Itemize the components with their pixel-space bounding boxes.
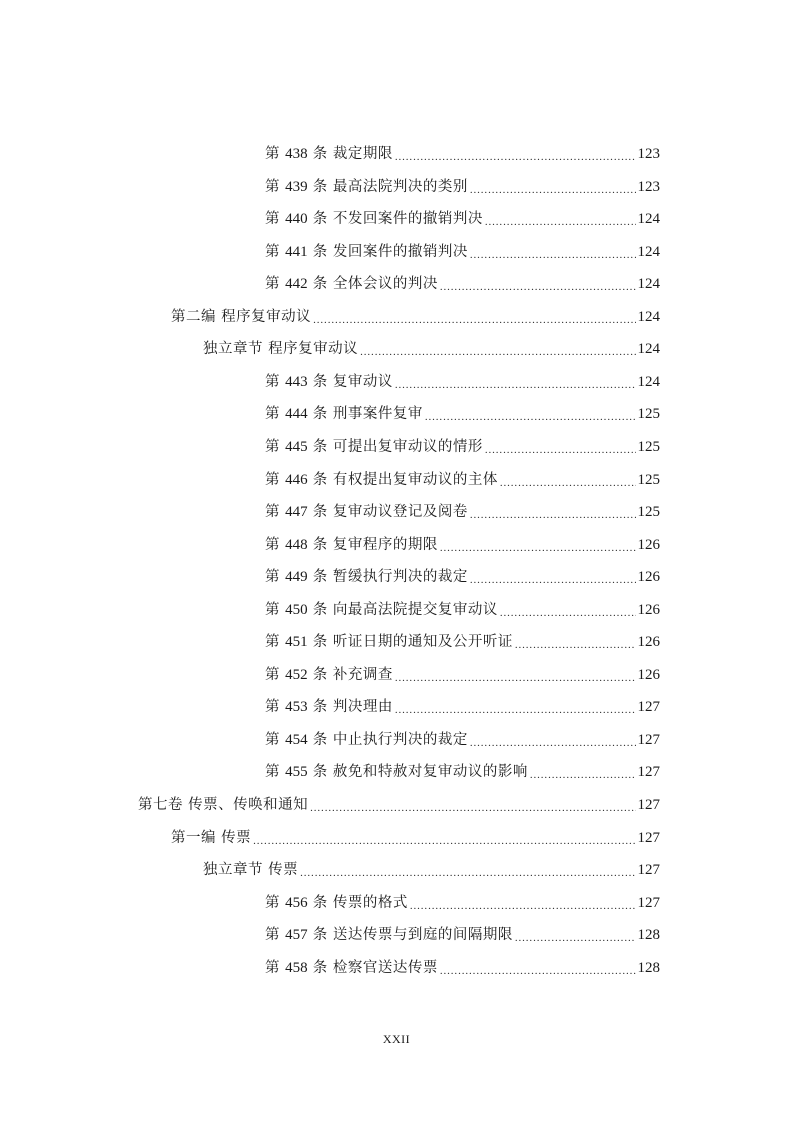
dot-leader bbox=[515, 630, 636, 654]
toc-entry[interactable]: 第 450 条 向最高法院提交复审动议126 bbox=[265, 598, 660, 622]
dot-leader bbox=[500, 468, 636, 492]
dot-leader bbox=[310, 793, 635, 817]
dot-leader bbox=[300, 858, 635, 882]
toc-entry-label: 独立章节 传票 bbox=[203, 858, 300, 882]
toc-entry-prefix: 第 442 条 bbox=[265, 276, 328, 292]
toc-entry-title: 复审程序的期限 bbox=[333, 537, 438, 553]
toc-entry-page: 127 bbox=[636, 891, 661, 915]
toc-entry-prefix: 第 441 条 bbox=[265, 244, 328, 260]
toc-entry-label: 第 440 条 不发回案件的撤销判决 bbox=[265, 207, 485, 231]
toc-entry-prefix: 第七卷 bbox=[138, 797, 183, 813]
article-number: 452 bbox=[285, 667, 308, 683]
toc-entry-title: 中止执行判决的裁定 bbox=[333, 732, 468, 748]
dot-leader bbox=[410, 891, 636, 915]
toc-entry[interactable]: 第一编 传票127 bbox=[171, 826, 660, 850]
toc-entry-label: 第 449 条 暂缓执行判决的裁定 bbox=[265, 565, 470, 589]
toc-entry-label: 第 451 条 听证日期的通知及公开听证 bbox=[265, 630, 515, 654]
toc-entry-page: 126 bbox=[636, 663, 661, 687]
toc-entry-prefix: 第 458 条 bbox=[265, 960, 328, 976]
article-number: 438 bbox=[285, 146, 308, 162]
toc-entry-label: 第 452 条 补充调查 bbox=[265, 663, 395, 687]
toc-entry-prefix: 第 450 条 bbox=[265, 602, 328, 618]
toc-entry-page: 128 bbox=[636, 923, 661, 947]
toc-entry-page: 124 bbox=[636, 272, 661, 296]
toc-entry[interactable]: 第 451 条 听证日期的通知及公开听证126 bbox=[265, 630, 660, 654]
toc-entry-label: 第二编 程序复审动议 bbox=[171, 305, 313, 329]
toc-entry-prefix: 第 447 条 bbox=[265, 504, 328, 520]
dot-leader bbox=[360, 337, 635, 361]
article-number: 453 bbox=[285, 699, 308, 715]
toc-entry-title: 发回案件的撤销判决 bbox=[333, 244, 468, 260]
toc-entry[interactable]: 独立章节 传票127 bbox=[203, 858, 660, 882]
toc-entry-page: 128 bbox=[636, 956, 661, 980]
toc-entry-label: 第 453 条 判决理由 bbox=[265, 695, 395, 719]
toc-entry[interactable]: 第 440 条 不发回案件的撤销判决124 bbox=[265, 207, 660, 231]
toc-entry[interactable]: 第 438 条 裁定期限123 bbox=[265, 142, 660, 166]
article-number: 449 bbox=[285, 569, 308, 585]
toc-entry-prefix: 第 456 条 bbox=[265, 895, 328, 911]
dot-leader bbox=[395, 695, 636, 719]
article-number: 442 bbox=[285, 276, 308, 292]
toc-entry-page: 125 bbox=[636, 402, 661, 426]
toc-entry-label: 第 454 条 中止执行判决的裁定 bbox=[265, 728, 470, 752]
dot-leader bbox=[395, 663, 636, 687]
dot-leader bbox=[440, 956, 636, 980]
toc-entry-label: 第一编 传票 bbox=[171, 826, 253, 850]
toc-entry-label: 第 445 条 可提出复审动议的情形 bbox=[265, 435, 485, 459]
toc-entry-prefix: 第一编 bbox=[171, 830, 216, 846]
toc-entry-page: 124 bbox=[636, 240, 661, 264]
toc-entry-page: 126 bbox=[636, 565, 661, 589]
toc-entry-page: 125 bbox=[636, 468, 661, 492]
toc-entry-title: 向最高法院提交复审动议 bbox=[333, 602, 498, 618]
toc-entry-title: 最高法院判决的类别 bbox=[333, 179, 468, 195]
toc-entry-title: 传票 bbox=[268, 862, 298, 878]
toc-entry-title: 不发回案件的撤销判决 bbox=[333, 211, 483, 227]
dot-leader bbox=[485, 207, 636, 231]
toc-entry-label: 第 450 条 向最高法院提交复审动议 bbox=[265, 598, 500, 622]
toc-entry-label: 第 458 条 检察官送达传票 bbox=[265, 956, 440, 980]
toc-entry-title: 检察官送达传票 bbox=[333, 960, 438, 976]
toc-entry-label: 第 447 条 复审动议登记及阅卷 bbox=[265, 500, 470, 524]
toc-entry-title: 有权提出复审动议的主体 bbox=[333, 472, 498, 488]
toc-entry-page: 125 bbox=[636, 500, 661, 524]
toc-entry[interactable]: 第 452 条 补充调查126 bbox=[265, 663, 660, 687]
toc-entry-title: 判决理由 bbox=[333, 699, 393, 715]
dot-leader bbox=[440, 272, 636, 296]
toc-entry-page: 127 bbox=[636, 728, 661, 752]
toc-entry[interactable]: 第 449 条 暂缓执行判决的裁定126 bbox=[265, 565, 660, 589]
toc-entry-page: 126 bbox=[636, 598, 661, 622]
dot-leader bbox=[515, 923, 636, 947]
dot-leader bbox=[470, 565, 636, 589]
dot-leader bbox=[470, 728, 636, 752]
article-number: 448 bbox=[285, 537, 308, 553]
toc-entry-page: 126 bbox=[636, 630, 661, 654]
toc-entry[interactable]: 第 457 条 送达传票与到庭的间隔期限128 bbox=[265, 923, 660, 947]
dot-leader bbox=[470, 240, 636, 264]
toc-entry-prefix: 第 443 条 bbox=[265, 374, 328, 390]
toc-entry-title: 听证日期的通知及公开听证 bbox=[333, 634, 513, 650]
article-number: 441 bbox=[285, 244, 308, 260]
toc-entry[interactable]: 第 448 条 复审程序的期限126 bbox=[265, 533, 660, 557]
article-number: 456 bbox=[285, 895, 308, 911]
toc-entry-page: 127 bbox=[636, 760, 661, 784]
toc-entry-label: 第 446 条 有权提出复审动议的主体 bbox=[265, 468, 500, 492]
toc-entry-prefix: 第 446 条 bbox=[265, 472, 328, 488]
dot-leader bbox=[253, 826, 635, 850]
toc-entry-label: 第 448 条 复审程序的期限 bbox=[265, 533, 440, 557]
dot-leader bbox=[470, 175, 636, 199]
toc-entry-page: 127 bbox=[636, 858, 661, 882]
toc-entry-prefix: 第 444 条 bbox=[265, 406, 328, 422]
toc-entry-title: 刑事案件复审 bbox=[333, 406, 423, 422]
toc-entry-page: 127 bbox=[636, 793, 661, 817]
toc-entry-title: 传票的格式 bbox=[333, 895, 408, 911]
article-number: 447 bbox=[285, 504, 308, 520]
toc-entry-prefix: 第 452 条 bbox=[265, 667, 328, 683]
toc-entry-label: 第 457 条 送达传票与到庭的间隔期限 bbox=[265, 923, 515, 947]
toc-entry-label: 第 438 条 裁定期限 bbox=[265, 142, 395, 166]
toc-entry-label: 独立章节 程序复审动议 bbox=[203, 337, 360, 361]
toc-entry-prefix: 第 457 条 bbox=[265, 927, 328, 943]
toc-entry-page: 124 bbox=[636, 207, 661, 231]
toc-entry-page: 127 bbox=[636, 695, 661, 719]
article-number: 451 bbox=[285, 634, 308, 650]
dot-leader bbox=[530, 760, 636, 784]
toc-entry-label: 第 443 条 复审动议 bbox=[265, 370, 395, 394]
dot-leader bbox=[395, 370, 636, 394]
toc-entry-label: 第 455 条 赦免和特赦对复审动议的影响 bbox=[265, 760, 530, 784]
toc-entry[interactable]: 第 441 条 发回案件的撤销判决124 bbox=[265, 240, 660, 264]
toc-entry[interactable]: 第二编 程序复审动议124 bbox=[171, 305, 660, 329]
article-number: 457 bbox=[285, 927, 308, 943]
toc-entry-label: 第 441 条 发回案件的撤销判决 bbox=[265, 240, 470, 264]
toc-entry-prefix: 第二编 bbox=[171, 309, 216, 325]
article-number: 450 bbox=[285, 602, 308, 618]
toc-entry[interactable]: 第 442 条 全体会议的判决124 bbox=[265, 272, 660, 296]
toc-entry-title: 全体会议的判决 bbox=[333, 276, 438, 292]
toc-entry-label: 第 444 条 刑事案件复审 bbox=[265, 402, 425, 426]
toc-entry[interactable]: 第 447 条 复审动议登记及阅卷125 bbox=[265, 500, 660, 524]
toc-entry[interactable]: 第 455 条 赦免和特赦对复审动议的影响127 bbox=[265, 760, 660, 784]
toc-entry-title: 可提出复审动议的情形 bbox=[333, 439, 483, 455]
toc-entry-prefix: 第 449 条 bbox=[265, 569, 328, 585]
article-number: 458 bbox=[285, 960, 308, 976]
toc-entry-label: 第 439 条 最高法院判决的类别 bbox=[265, 175, 470, 199]
toc-entry-page: 124 bbox=[636, 337, 661, 361]
dot-leader bbox=[470, 500, 636, 524]
toc-entry-label: 第七卷 传票、传唤和通知 bbox=[138, 793, 310, 817]
toc-entry-prefix: 第 454 条 bbox=[265, 732, 328, 748]
toc-entry-prefix: 独立章节 bbox=[203, 341, 263, 357]
toc-entry-title: 暂缓执行判决的裁定 bbox=[333, 569, 468, 585]
toc-entry-label: 第 442 条 全体会议的判决 bbox=[265, 272, 440, 296]
toc-entry-page: 126 bbox=[636, 533, 661, 557]
toc-entry-page: 124 bbox=[636, 370, 661, 394]
toc-entry-prefix: 第 451 条 bbox=[265, 634, 328, 650]
toc-entry[interactable]: 第 446 条 有权提出复审动议的主体125 bbox=[265, 468, 660, 492]
toc-entry-page: 127 bbox=[636, 826, 661, 850]
toc-entry-title: 复审动议登记及阅卷 bbox=[333, 504, 468, 520]
toc-entry[interactable]: 第 453 条 判决理由127 bbox=[265, 695, 660, 719]
article-number: 455 bbox=[285, 764, 308, 780]
toc-entry-title: 裁定期限 bbox=[333, 146, 393, 162]
toc-entry-title: 传票、传唤和通知 bbox=[188, 797, 308, 813]
toc-entry-prefix: 第 453 条 bbox=[265, 699, 328, 715]
toc-entry[interactable]: 第 443 条 复审动议124 bbox=[265, 370, 660, 394]
article-number: 445 bbox=[285, 439, 308, 455]
toc-entry-page: 124 bbox=[636, 305, 661, 329]
toc-entry[interactable]: 第 456 条 传票的格式127 bbox=[265, 891, 660, 915]
article-number: 454 bbox=[285, 732, 308, 748]
toc-entry[interactable]: 第 458 条 检察官送达传票128 bbox=[265, 956, 660, 980]
toc-entry-title: 复审动议 bbox=[333, 374, 393, 390]
toc-entry[interactable]: 第 454 条 中止执行判决的裁定127 bbox=[265, 728, 660, 752]
page-number: XXII bbox=[0, 1032, 793, 1047]
toc-entry[interactable]: 独立章节 程序复审动议124 bbox=[203, 337, 660, 361]
toc-entry-prefix: 第 448 条 bbox=[265, 537, 328, 553]
article-number: 444 bbox=[285, 406, 308, 422]
toc-entry-prefix: 独立章节 bbox=[203, 862, 263, 878]
toc-entry-prefix: 第 440 条 bbox=[265, 211, 328, 227]
dot-leader bbox=[485, 435, 636, 459]
dot-leader bbox=[500, 598, 636, 622]
dot-leader bbox=[425, 402, 636, 426]
toc-entry[interactable]: 第 444 条 刑事案件复审125 bbox=[265, 402, 660, 426]
toc-entry-prefix: 第 438 条 bbox=[265, 146, 328, 162]
toc-entry-title: 补充调查 bbox=[333, 667, 393, 683]
toc-entry[interactable]: 第 439 条 最高法院判决的类别123 bbox=[265, 175, 660, 199]
toc-entry-title: 程序复审动议 bbox=[221, 309, 311, 325]
dot-leader bbox=[395, 142, 636, 166]
toc-entry-title: 赦免和特赦对复审动议的影响 bbox=[333, 764, 528, 780]
toc-entry[interactable]: 第 445 条 可提出复审动议的情形125 bbox=[265, 435, 660, 459]
dot-leader bbox=[440, 533, 636, 557]
toc-entry[interactable]: 第七卷 传票、传唤和通知127 bbox=[138, 793, 660, 817]
toc-entry-prefix: 第 455 条 bbox=[265, 764, 328, 780]
toc-entry-prefix: 第 445 条 bbox=[265, 439, 328, 455]
toc-entry-title: 传票 bbox=[221, 830, 251, 846]
article-number: 446 bbox=[285, 472, 308, 488]
toc-entry-title: 送达传票与到庭的间隔期限 bbox=[333, 927, 513, 943]
dot-leader bbox=[313, 305, 635, 329]
toc-entry-page: 123 bbox=[636, 142, 661, 166]
toc-entry-page: 125 bbox=[636, 435, 661, 459]
toc-entry-label: 第 456 条 传票的格式 bbox=[265, 891, 410, 915]
article-number: 440 bbox=[285, 211, 308, 227]
article-number: 439 bbox=[285, 179, 308, 195]
toc-entry-prefix: 第 439 条 bbox=[265, 179, 328, 195]
toc-entry-title: 程序复审动议 bbox=[268, 341, 358, 357]
article-number: 443 bbox=[285, 374, 308, 390]
toc-entry-page: 123 bbox=[636, 175, 661, 199]
